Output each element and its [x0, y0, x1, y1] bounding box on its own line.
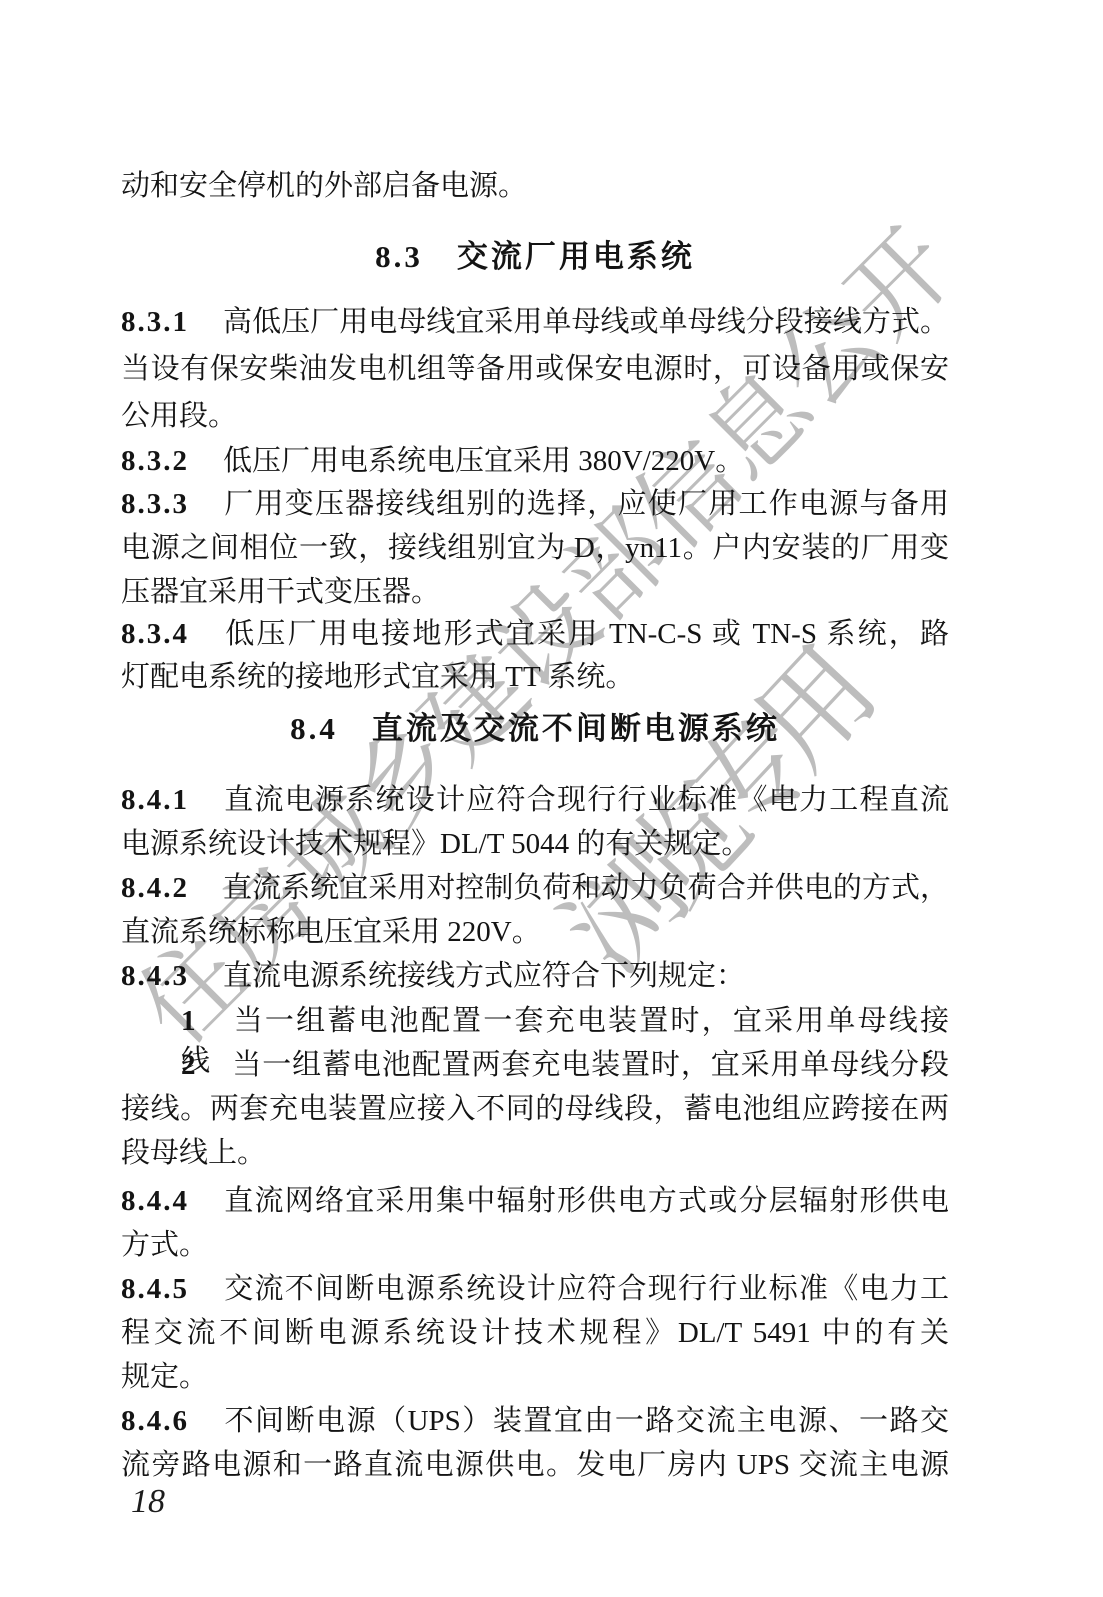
clause-831-line-2: 当设有保安柴油发电机组等备用或保安电源时，可设备用或保安 [121, 349, 949, 389]
clause-831-line-3: 公用段。 [121, 396, 949, 436]
document-page: 住房城乡建设部信息公开 浏览专用 动和安全停机的外部启备电源。 8.3交流厂用电… [0, 0, 1103, 1597]
clause-text: 直流系统宜采用对控制负荷和动力负荷合并供电的方式， [223, 872, 949, 904]
clause-number: 8.3.1 [121, 306, 189, 338]
clause-text: 流旁路电源和一路直流电源供电。发电厂房内 UPS 交流主电源 [121, 1449, 949, 1481]
clause-832-line-1: 8.3.2低压厂用电系统电压宜采用 380V/220V。 [121, 441, 949, 481]
clause-number: 8.4.4 [121, 1185, 189, 1217]
section-number: 8.3 [375, 239, 423, 274]
item-text: 当一组蓄电池配置两套充电装置时，宜采用单母线分段 [232, 1049, 950, 1081]
clause-number: 8.3.4 [121, 618, 189, 650]
clause-text: 低压厂用电接地形式宜采用 TN-C-S 或 TN-S 系统，路 [223, 618, 949, 650]
clause-842-line-1: 8.4.2直流系统宜采用对控制负荷和动力负荷合并供电的方式， [121, 868, 949, 908]
clause-833-line-3: 压器宜采用干式变压器。 [121, 572, 949, 612]
section-heading-8-4: 8.4直流及交流不间断电源系统 [121, 708, 949, 750]
section-title: 直流及交流不间断电源系统 [372, 711, 780, 746]
list-item-2: 2当一组蓄电池配置两套充电装置时，宜采用单母线分段 [181, 1045, 949, 1085]
clause-834-line-2: 灯配电系统的接地形式宜采用 TT 系统。 [121, 657, 949, 697]
clause-text: 低压厂用电系统电压宜采用 380V/220V。 [223, 445, 744, 477]
clause-841-line-2: 电源系统设计技术规程》DL/T 5044 的有关规定。 [121, 824, 949, 864]
clause-text: 电源系统设计技术规程》DL/T 5044 的有关规定。 [121, 828, 750, 860]
section-title: 交流厂用电系统 [457, 239, 695, 274]
clause-text: 压器宜采用干式变压器。 [121, 576, 440, 608]
clause-846-line-2: 流旁路电源和一路直流电源供电。发电厂房内 UPS 交流主电源 [121, 1445, 949, 1485]
clause-text: 交流不间断电源系统设计应符合现行行业标准《电力工 [223, 1273, 949, 1305]
clause-text: 电源之间相位一致，接线组别宜为 D，yn11。户内安装的厂用变 [121, 532, 949, 564]
clause-833-line-1: 8.3.3厂用变压器接线组别的选择，应使厂用工作电源与备用 [121, 484, 949, 524]
list-item-2-continuation-2: 段母线上。 [121, 1133, 949, 1173]
clause-number: 8.4.3 [121, 960, 189, 992]
clause-text: 直流网络宜采用集中辐射形供电方式或分层辐射形供电 [223, 1185, 949, 1217]
clause-846-line-1: 8.4.6不间断电源（UPS）装置宜由一路交流主电源、一路交 [121, 1401, 949, 1441]
clause-text: 高低压厂用电母线宜采用单母线或单母线分段接线方式。 [223, 306, 949, 338]
clause-text: 公用段。 [121, 400, 237, 432]
clause-text: 厂用变压器接线组别的选择，应使厂用工作电源与备用 [223, 488, 949, 520]
clause-831-line-1: 8.3.1高低压厂用电母线宜采用单母线或单母线分段接线方式。 [121, 302, 949, 342]
clause-number: 8.4.2 [121, 872, 189, 904]
list-item-2-continuation-1: 接线。两套充电装置应接入不同的母线段，蓄电池组应跨接在两 [121, 1089, 949, 1129]
clause-text: 动和安全停机的外部启备电源。 [121, 170, 527, 202]
clause-text: 直流电源系统接线方式应符合下列规定： [223, 960, 745, 992]
clause-number: 8.4.5 [121, 1273, 189, 1305]
clause-text: 规定。 [121, 1361, 208, 1393]
clause-text: 灯配电系统的接地形式宜采用 TT 系统。 [121, 661, 634, 693]
clause-text: 直流系统标称电压宜采用 220V。 [121, 916, 541, 948]
clause-845-line-3: 规定。 [121, 1357, 949, 1397]
intro-continuation-line: 动和安全停机的外部启备电源。 [121, 166, 949, 206]
clause-number: 8.3.3 [121, 488, 189, 520]
clause-833-line-2: 电源之间相位一致，接线组别宜为 D，yn11。户内安装的厂用变 [121, 528, 949, 568]
clause-number: 8.4.6 [121, 1405, 189, 1437]
clause-844-line-2: 方式。 [121, 1225, 949, 1265]
clause-845-line-1: 8.4.5交流不间断电源系统设计应符合现行行业标准《电力工 [121, 1269, 949, 1309]
section-number: 8.4 [290, 711, 338, 746]
item-text: 段母线上。 [121, 1137, 266, 1169]
clause-844-line-1: 8.4.4直流网络宜采用集中辐射形供电方式或分层辐射形供电 [121, 1181, 949, 1221]
clause-842-line-2: 直流系统标称电压宜采用 220V。 [121, 912, 949, 952]
clause-number: 8.4.1 [121, 784, 189, 816]
clause-text: 当设有保安柴油发电机组等备用或保安电源时，可设备用或保安 [121, 353, 949, 385]
section-heading-8-3: 8.3交流厂用电系统 [121, 236, 949, 278]
item-number: 1 [181, 1005, 198, 1037]
clause-text: 程交流不间断电源系统设计技术规程》DL/T 5491 中的有关 [121, 1317, 949, 1349]
clause-834-line-1: 8.3.4低压厂用电接地形式宜采用 TN-C-S 或 TN-S 系统，路 [121, 614, 949, 654]
clause-text: 方式。 [121, 1229, 208, 1261]
item-text: 接线。两套充电装置应接入不同的母线段，蓄电池组应跨接在两 [121, 1093, 949, 1125]
item-number: 2 [181, 1049, 198, 1081]
page-number: 18 [131, 1482, 165, 1522]
clause-number: 8.3.2 [121, 445, 189, 477]
clause-845-line-2: 程交流不间断电源系统设计技术规程》DL/T 5491 中的有关 [121, 1313, 949, 1353]
clause-text: 直流电源系统设计应符合现行行业标准《电力工程直流 [223, 784, 949, 816]
clause-841-line-1: 8.4.1直流电源系统设计应符合现行行业标准《电力工程直流 [121, 780, 949, 820]
clause-843-line-1: 8.4.3直流电源系统接线方式应符合下列规定： [121, 956, 949, 996]
clause-text: 不间断电源（UPS）装置宜由一路交流主电源、一路交 [223, 1405, 949, 1437]
